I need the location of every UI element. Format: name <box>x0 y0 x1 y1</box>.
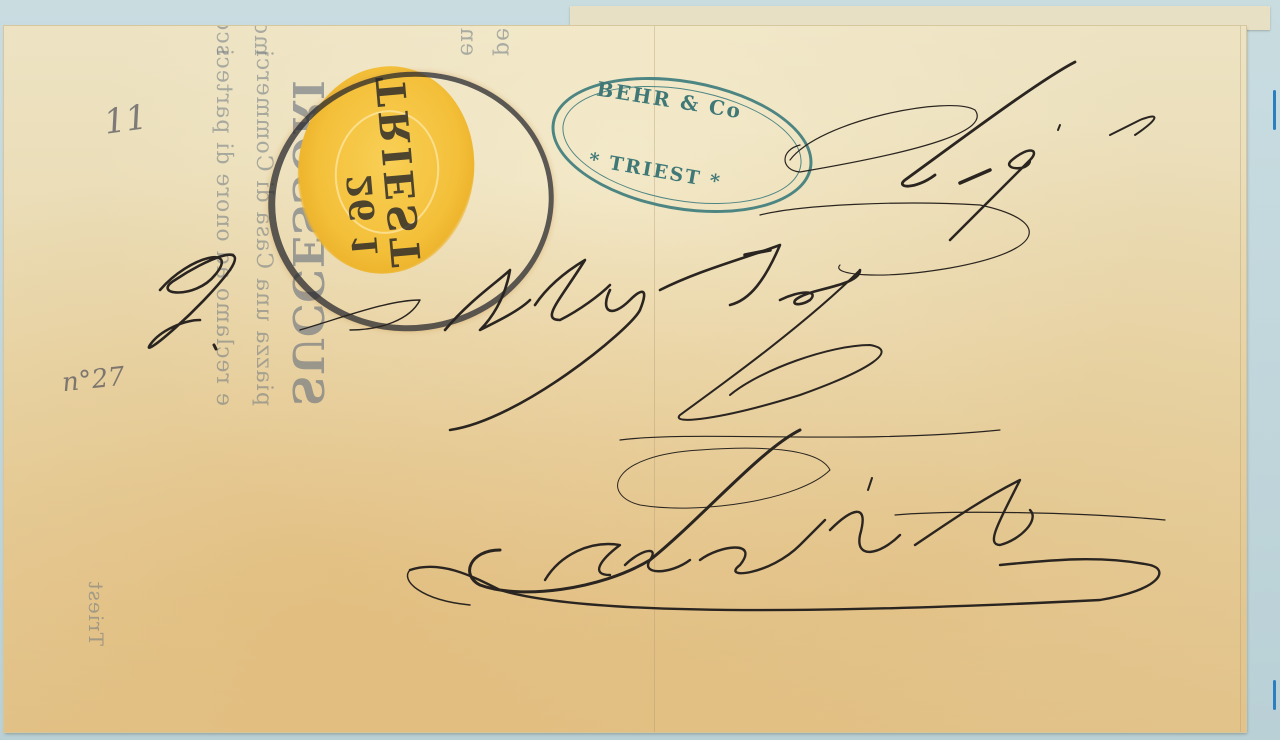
showthrough-text-line: e reclamo ad onore di parteci <box>211 47 236 406</box>
edge-blue-mark <box>1273 680 1276 710</box>
address-city: Trieste <box>0 0 4 1</box>
showthrough-text-line: Triest <box>84 581 108 646</box>
postmark-date: 26 1 <box>340 173 387 259</box>
fold-line <box>1240 26 1241 732</box>
edge-blue-mark <box>1273 90 1276 130</box>
showthrough-text-line: perche ne prendiate notizia <box>491 26 516 56</box>
showthrough-text-line: ente la stessa fiducia che <box>455 26 480 56</box>
pencil-note-top: 11 <box>101 97 149 143</box>
